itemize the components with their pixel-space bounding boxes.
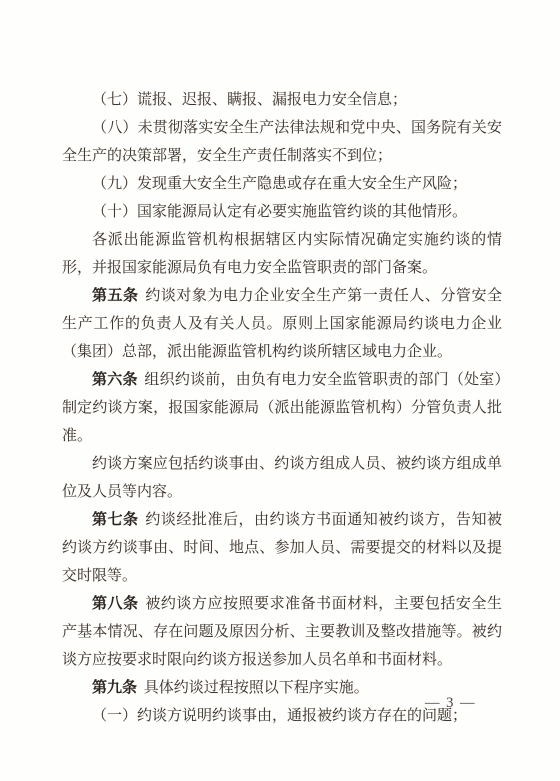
paragraph-text: 具体约谈过程按照以下程序实施。 [144, 680, 369, 696]
article-number: 第八条 [92, 596, 139, 612]
article-5: 第五条约谈对象为电力企业安全生产第一责任人、分管安全生产工作的负责人及有关人员。… [62, 282, 502, 366]
paragraph-text: 约谈方案应包括约谈事由、约谈方组成人员、被约谈方组成单位及人员等内容。 [62, 456, 502, 500]
page-number: — 3 — [425, 695, 476, 712]
paragraph-plan-contents: 约谈方案应包括约谈事由、约谈方组成人员、被约谈方组成单位及人员等内容。 [62, 450, 502, 506]
clause-item-10: （十）国家能源局认定有必要实施监管约谈的其他情形。 [62, 198, 502, 226]
document-content: （七）谎报、迟报、瞒报、漏报电力安全信息； （八）未贯彻落实安全生产法律法规和党… [0, 0, 560, 730]
article-number: 第七条 [92, 512, 139, 528]
article-7: 第七条约谈经批准后，由约谈方书面通知被约谈方，告知被约谈方约谈事由、时间、地点、… [62, 506, 502, 590]
clause-item-7: （七）谎报、迟报、瞒报、漏报电力安全信息； [62, 86, 502, 114]
paragraph-text: （九）发现重大安全生产隐患或存在重大安全生产风险； [92, 176, 467, 192]
clause-item-9: （九）发现重大安全生产隐患或存在重大安全生产风险； [62, 170, 502, 198]
article-8: 第八条被约谈方应按照要求准备书面材料，主要包括安全生产基本情况、存在问题及原因分… [62, 590, 502, 674]
paragraph-filing: 各派出能源监管机构根据辖区内实际情况确定实施约谈的情形，并报国家能源局负有电力安… [62, 226, 502, 282]
article-number: 第五条 [92, 288, 139, 304]
clause-item-8: （八）未贯彻落实安全生产法律法规和党中央、国务院有关安全生产的决策部署，安全生产… [62, 114, 502, 170]
article-number: 第六条 [92, 372, 138, 388]
paragraph-text: 各派出能源监管机构根据辖区内实际情况确定实施约谈的情形，并报国家能源局负有电力安… [62, 232, 502, 276]
document-page: （七）谎报、迟报、瞒报、漏报电力安全信息； （八）未贯彻落实安全生产法律法规和党… [0, 0, 560, 781]
paragraph-text: （八）未贯彻落实安全生产法律法规和党中央、国务院有关安全生产的决策部署，安全生产… [62, 120, 502, 164]
paragraph-text: （十）国家能源局认定有必要实施监管约谈的其他情形。 [92, 204, 467, 220]
paragraph-text: （七）谎报、迟报、瞒报、漏报电力安全信息； [92, 92, 407, 108]
article-6: 第六条组织约谈前，由负有电力安全监管职责的部门（处室）制定约谈方案，报国家能源局… [62, 366, 502, 450]
paragraph-text: （一）约谈方说明约谈事由，通报被约谈方存在的问题； [92, 708, 467, 724]
article-number: 第九条 [92, 680, 137, 696]
